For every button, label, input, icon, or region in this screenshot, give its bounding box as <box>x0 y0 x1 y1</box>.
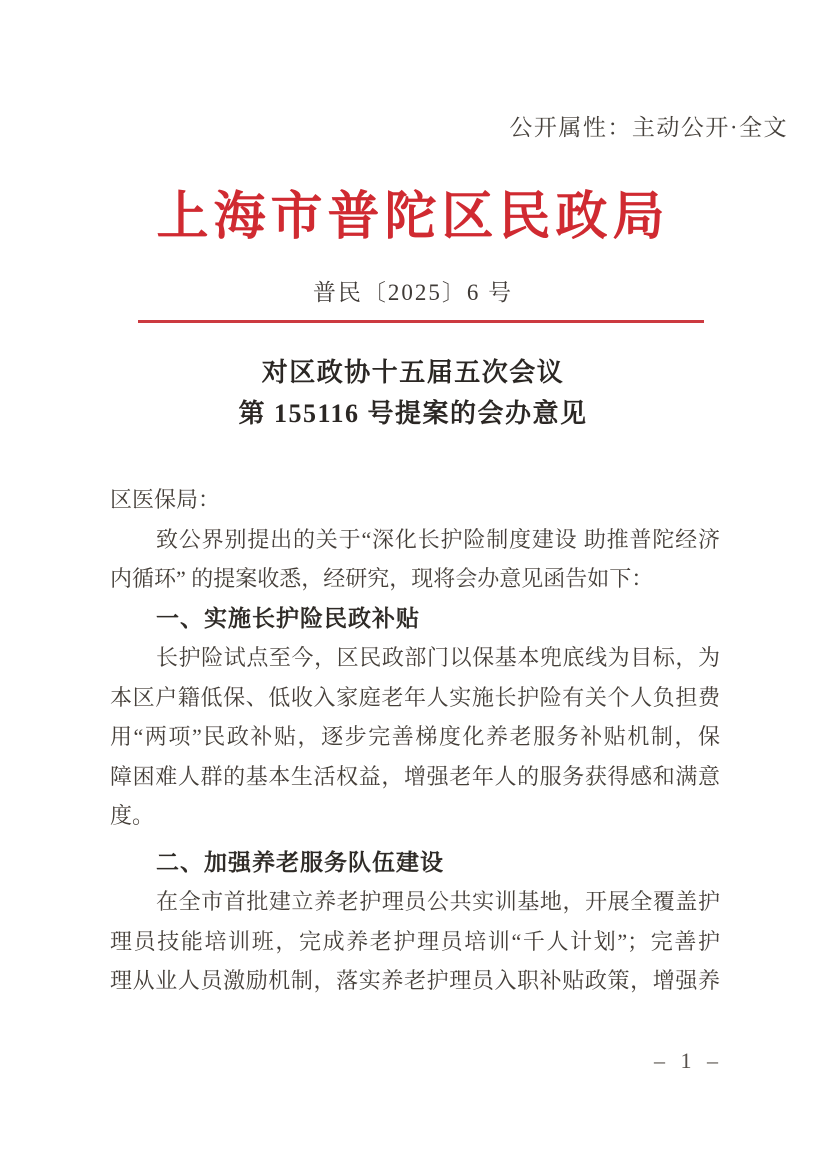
agency-name: 上海市普陀区民政局 <box>0 174 826 249</box>
document-body: 区医保局：致公界别提出的关于“深化长护险制度建设 助推普陀经济内循环” 的提案收… <box>110 480 720 1001</box>
body-line: 理从业人员激励机制，落实养老护理员入职补贴政策，增强养 <box>110 961 720 1001</box>
body-line: 理员技能培训班，完成养老护理员培训“千人计划”；完善护 <box>110 922 720 962</box>
body-line: 用“两项”民政补贴，逐步完善梯度化养老服务补贴机制，保 <box>110 717 720 757</box>
disclosure-attribute: 公开属性：主动公开·全文 <box>509 109 788 142</box>
body-line: 度。 <box>110 796 720 836</box>
body-line: 障困难人群的基本生活权益，增强老年人的服务获得感和满意 <box>110 757 720 797</box>
body-line: 本区户籍低保、低收入家庭老年人实施长护险有关个人负担费 <box>110 678 720 718</box>
body-line: 内循环” 的提案收悉，经研究，现将会办意见函告如下： <box>110 559 720 599</box>
body-line: 长护险试点至今，区民政部门以保基本兜底线为目标，为 <box>110 638 720 678</box>
document-number: 普民〔2025〕6 号 <box>0 274 826 307</box>
section-heading: 二、加强养老服务队伍建设 <box>110 843 720 883</box>
document-title-line2: 第 155116 号提案的会办意见 <box>0 393 826 434</box>
body-line: 致公界别提出的关于“深化长护险制度建设 助推普陀经济 <box>110 520 720 560</box>
document-page: 公开属性：主动公开·全文 上海市普陀区民政局 普民〔2025〕6 号 对区政协十… <box>0 0 826 1168</box>
section-heading: 一、实施长护险民政补贴 <box>110 599 720 639</box>
body-line: 在全市首批建立养老护理员公共实训基地，开展全覆盖护 <box>110 882 720 922</box>
red-divider-line <box>138 320 704 323</box>
document-title: 对区政协十五届五次会议 第 155116 号提案的会办意见 <box>0 352 826 434</box>
page-number: – 1 – <box>654 1048 720 1074</box>
document-title-line1: 对区政协十五届五次会议 <box>0 352 826 393</box>
body-line: 区医保局： <box>110 480 720 520</box>
